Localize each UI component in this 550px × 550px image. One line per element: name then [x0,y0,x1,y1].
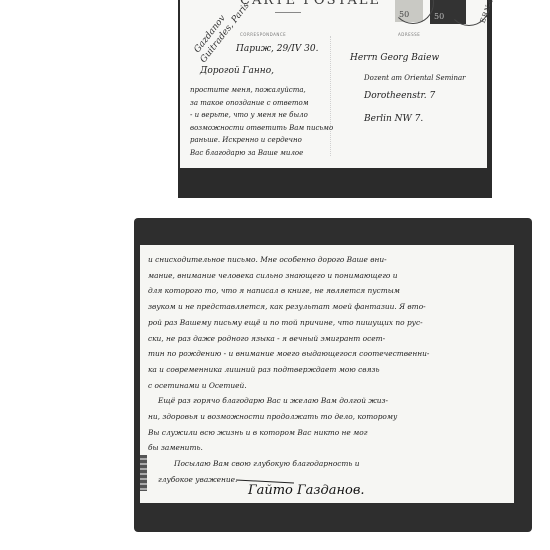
correspondence-label: CORRESPONDANCE [240,32,286,37]
letter-body: и снисходительное письмо. Мне особенно д… [148,252,429,488]
letter-line: Ещё раз горячо благодарю Вас и желаю Вам… [148,393,429,409]
letter-line: бы заменить. [148,440,429,456]
address-city: Berlin NW 7. [364,114,423,124]
letter-page: и снисходительное письмо. Мне особенно д… [134,218,532,532]
message-line: за такое опоздание с ответом [190,97,333,110]
letter-paper: и снисходительное письмо. Мне особенно д… [140,245,514,503]
letter-line: Посылаю Вам свою глубокую благодарность … [148,456,429,472]
message-line: раньше. Искренно и сердечно [190,134,333,147]
message-line: - и верьте, что у меня не было [190,109,333,122]
header-flourish [275,12,301,13]
letter-greeting: Дорогой Ганно, [200,66,274,76]
letter-date: Париж, 29/IV 30. [236,44,318,54]
address-street: Dorotheenstr. 7 [364,91,435,101]
letter-line: рой раз Вашему письму ещё и по той причи… [148,315,429,331]
letter-line: с осетинами и Осетией. [148,378,429,394]
letter-line: ка и современника лишний раз подтверждае… [148,362,429,378]
side-stamp-mark [140,455,147,491]
address-title: Dozent am Oriental Seminar [364,74,466,82]
postcard-header-title: CARTE POSTALE [240,0,381,8]
stamp-denomination: 50 [434,12,444,21]
signature: Гайто Газданов. [248,483,365,498]
message-line: Вас благодарю за Ваше милое [190,147,333,160]
letter-line: для которого то, что я написал в книге, … [148,283,429,299]
letter-line: ски, не раз даже родного языка - я вечны… [148,331,429,347]
letter-line: мание, внимание человека сильно знающего… [148,268,429,284]
postcard-paper: CARTE POSTALE 50 50 ERNAR CORRESPONDANCE… [180,0,487,168]
letter-line: и снисходительное письмо. Мне особенно д… [148,252,429,268]
letter-line: тин по рождению - и внимание моего выдаю… [148,346,429,362]
letter-line: ни, здоровья и возможности продолжать то… [148,409,429,425]
address-recipient: Herrn Georg Baiew [350,53,439,63]
postcard-front: CARTE POSTALE 50 50 ERNAR CORRESPONDANCE… [178,0,492,198]
address-label: ADRESSE [398,32,420,37]
postcard-message: простите меня, пожалуйста, за такое опоз… [190,84,333,159]
message-line: простите меня, пожалуйста, [190,84,333,97]
letter-line: звуком и не представляется, как результа… [148,299,429,315]
letter-line: Вы служили всю жизнь и в котором Вас ник… [148,425,429,441]
message-line: возможности ответить Вам письмо [190,122,333,135]
